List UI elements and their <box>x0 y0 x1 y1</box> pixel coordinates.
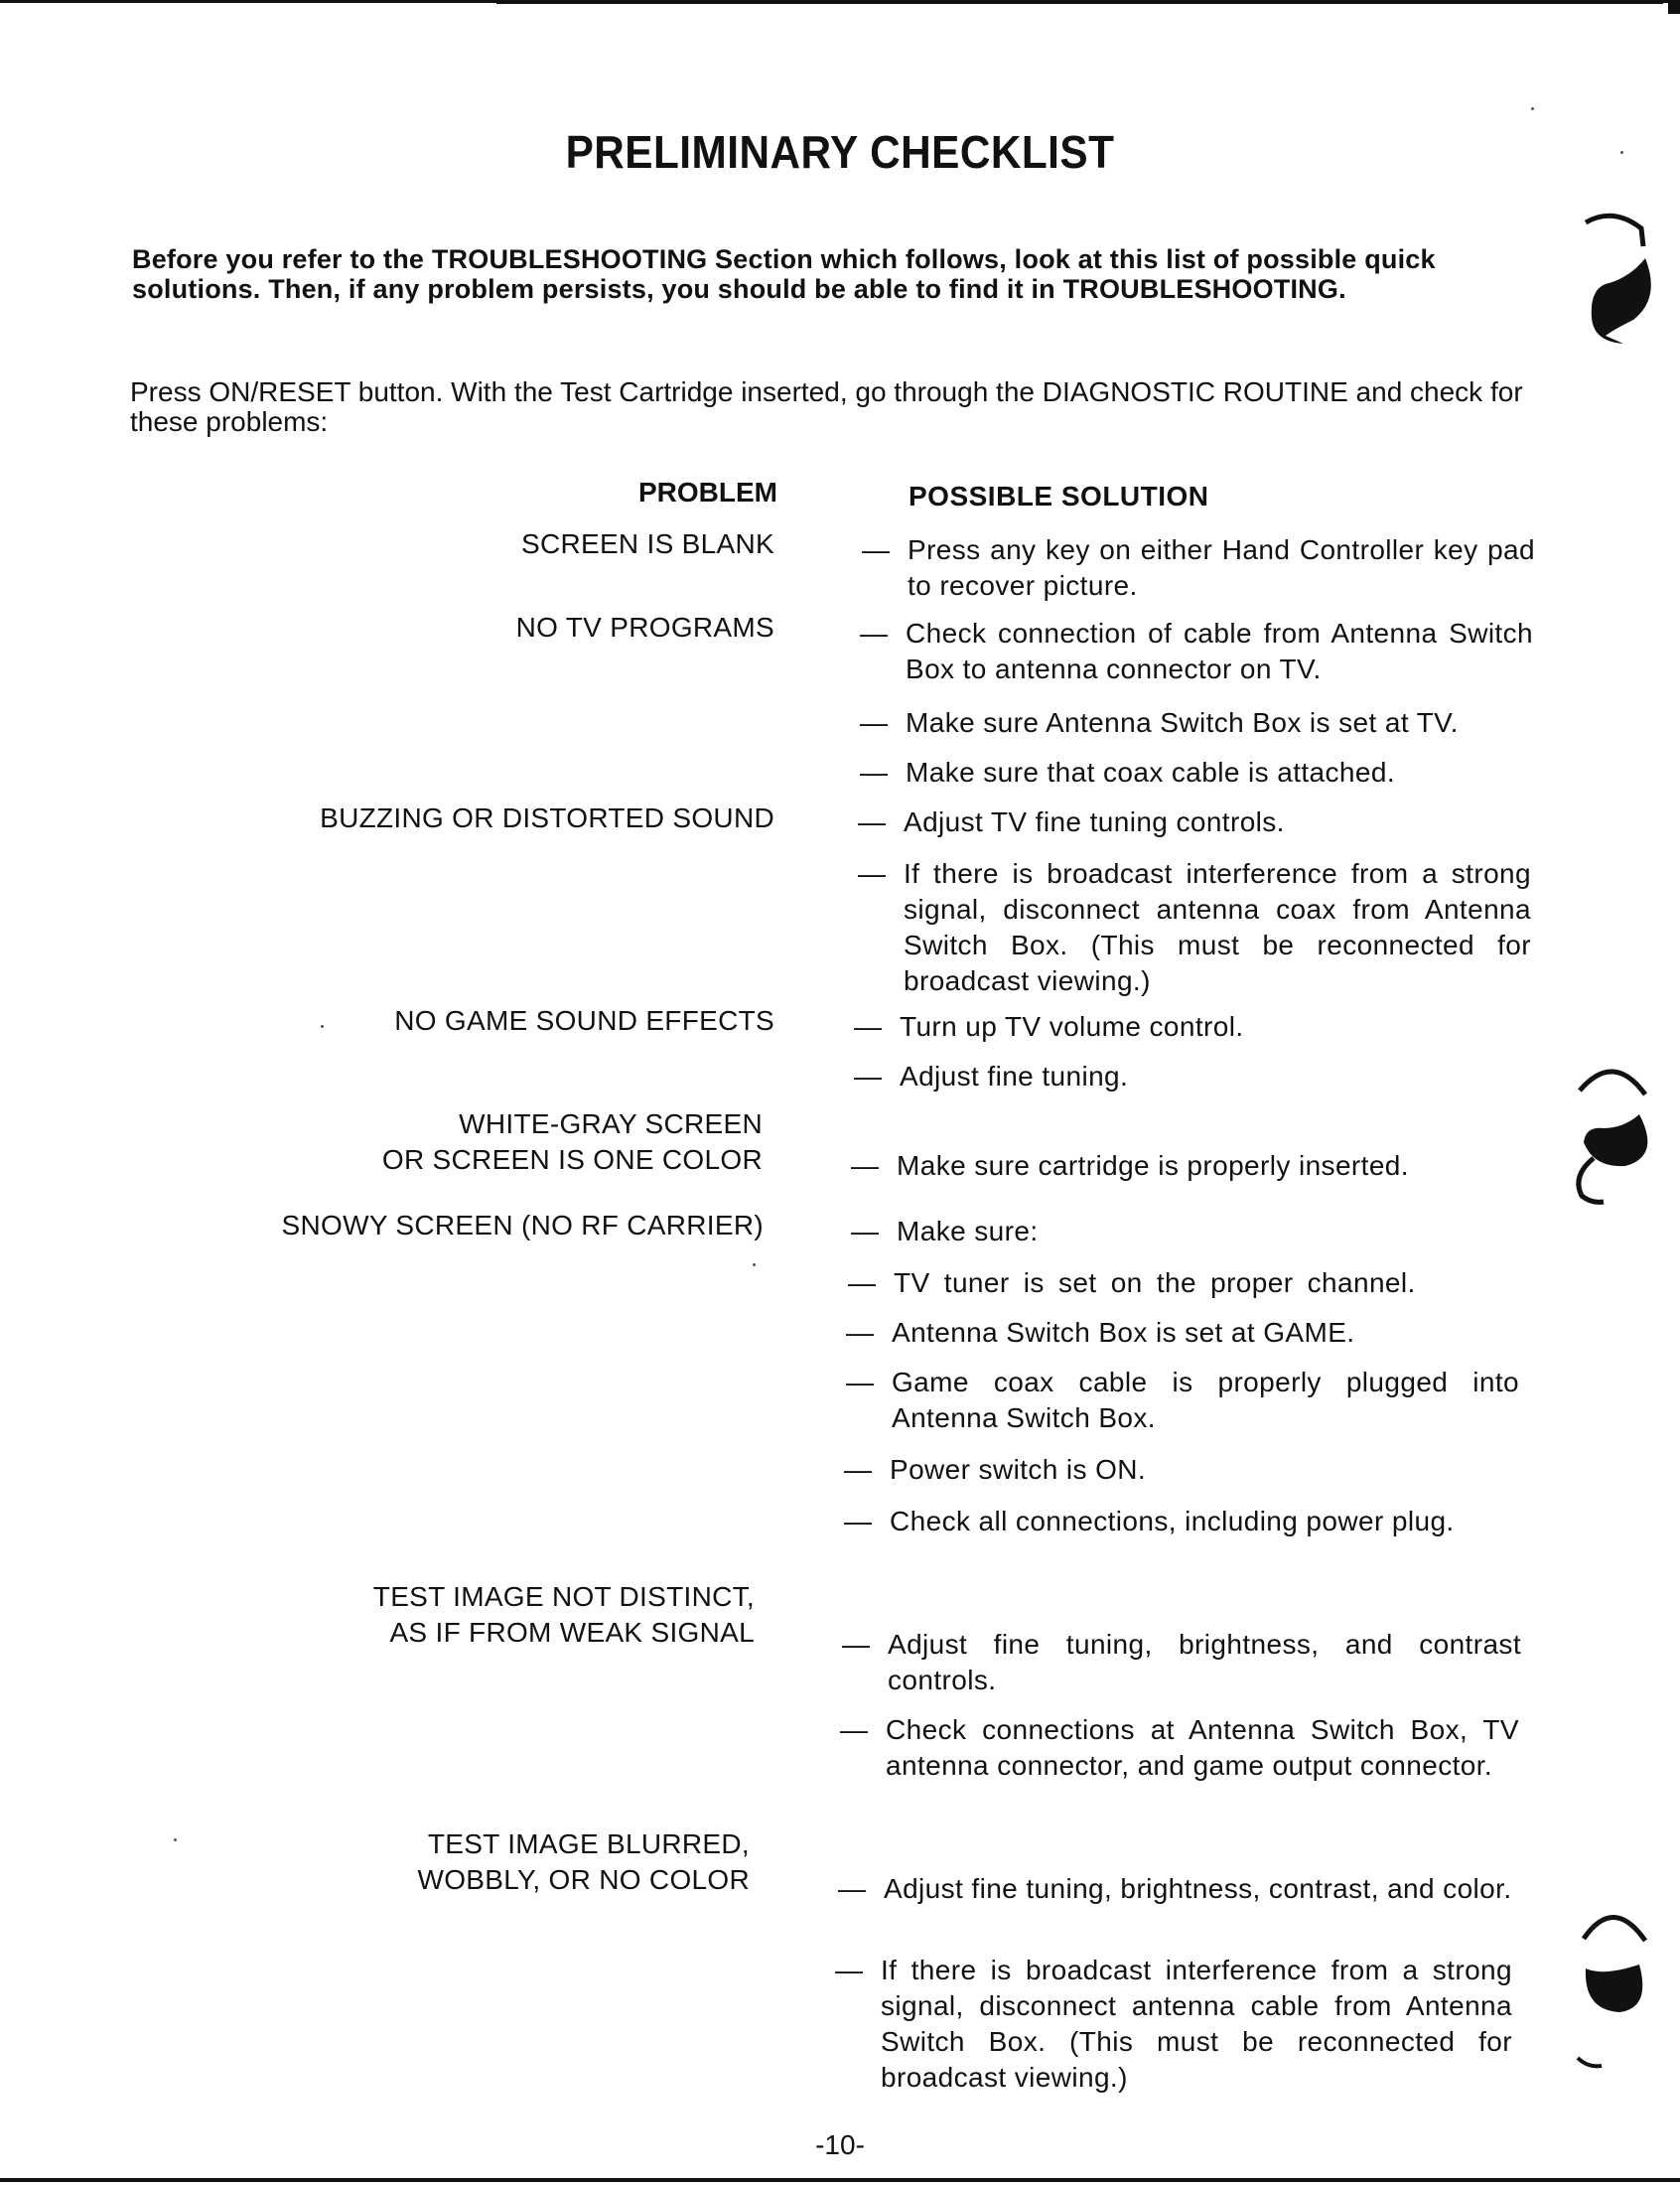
intro-paragraph-instructions: Press ON/RESET button. With the Test Car… <box>130 377 1540 437</box>
solution-item: —Adjust fine tuning. <box>900 1059 1535 1094</box>
solution-item: —TV tuner is set on the proper channel. <box>894 1265 1525 1301</box>
scan-speck <box>174 1838 177 1841</box>
problem-label: TEST IMAGE BLURRED,WOBBLY, OR NO COLOR <box>417 1826 750 1898</box>
dash: — <box>835 1953 863 1988</box>
solution-item: —Check all connections, including power … <box>890 1504 1521 1539</box>
problem-label: SNOWY SCREEN (NO RF CARRIER) <box>282 1208 764 1243</box>
problem-label: BUZZING OR DISTORTED SOUND <box>320 801 774 836</box>
column-header-problem: PROBLEM <box>556 477 777 509</box>
solution-item: —Make sure cartridge is properly inserte… <box>897 1148 1552 1184</box>
dash: — <box>860 705 888 741</box>
page-number: -10- <box>0 2129 1680 2161</box>
dash: — <box>851 1148 879 1184</box>
scan-speck <box>321 1025 324 1028</box>
page-title: PRELIMINARY CHECKLIST <box>68 125 1613 179</box>
problem-label: TEST IMAGE NOT DISTINCT,AS IF FROM WEAK … <box>373 1579 755 1651</box>
scan-speck <box>753 1263 756 1266</box>
dash: — <box>840 1712 868 1748</box>
dash: — <box>846 1365 874 1400</box>
dash: — <box>862 532 890 568</box>
binder-hole-mark-icon <box>1564 1047 1653 1236</box>
dash: — <box>846 1315 874 1351</box>
scan-speck <box>1620 151 1623 154</box>
solution-item: —Make sure that coax cable is attached. <box>906 755 1541 791</box>
dash: — <box>842 1627 870 1663</box>
bottom-border-rule <box>0 2178 1680 2182</box>
solution-item: —Antenna Switch Box is set at GAME. <box>892 1315 1527 1351</box>
scan-speck <box>1531 107 1534 110</box>
corner-mark <box>1668 0 1680 14</box>
dash: — <box>854 1009 882 1045</box>
dash: — <box>844 1504 872 1539</box>
solution-item: —Adjust fine tuning, brightness, contras… <box>884 1871 1515 1907</box>
column-header-solution: POSSIBLE SOLUTION <box>909 481 1209 512</box>
dash: — <box>854 1059 882 1094</box>
top-border-rule-thick <box>496 0 1663 4</box>
dash: — <box>838 1871 866 1907</box>
problem-label: NO TV PROGRAMS <box>516 610 774 646</box>
dash: — <box>851 1214 879 1249</box>
problem-label: SCREEN IS BLANK <box>521 526 774 562</box>
dash: — <box>860 616 888 652</box>
solution-item: —Turn up TV volume control. <box>900 1009 1535 1045</box>
binder-hole-mark-icon <box>1564 199 1653 387</box>
solution-item: —Make sure Antenna Switch Box is set at … <box>906 705 1541 741</box>
solution-item: —Check connections at Antenna Switch Box… <box>886 1712 1519 1784</box>
dash: — <box>858 856 886 892</box>
solution-item: —If there is broadcast interference from… <box>904 856 1531 999</box>
solution-item: —If there is broadcast interference from… <box>881 1953 1512 2096</box>
solution-item: —Power switch is ON. <box>890 1452 1525 1488</box>
intro-paragraph-bold: Before you refer to the TROUBLESHOOTING … <box>132 244 1542 304</box>
solution-item: —Adjust fine tuning, brightness, and con… <box>888 1627 1521 1698</box>
dash: — <box>848 1265 876 1301</box>
dash: — <box>858 804 886 840</box>
solution-item: —Game coax cable is properly plugged int… <box>892 1365 1519 1436</box>
dash: — <box>860 755 888 791</box>
binder-hole-mark-icon <box>1564 1891 1653 2080</box>
problem-label: NO GAME SOUND EFFECTS <box>394 1003 774 1039</box>
dash: — <box>844 1452 872 1488</box>
solution-item: —Check connection of cable from Antenna … <box>906 616 1533 687</box>
solution-item: —Press any key on either Hand Controller… <box>908 532 1535 604</box>
solution-item: —Adjust TV fine tuning controls. <box>904 804 1539 840</box>
problem-label: WHITE-GRAY SCREENOR SCREEN IS ONE COLOR <box>382 1106 763 1178</box>
solution-item: —Make sure: <box>897 1214 1532 1249</box>
